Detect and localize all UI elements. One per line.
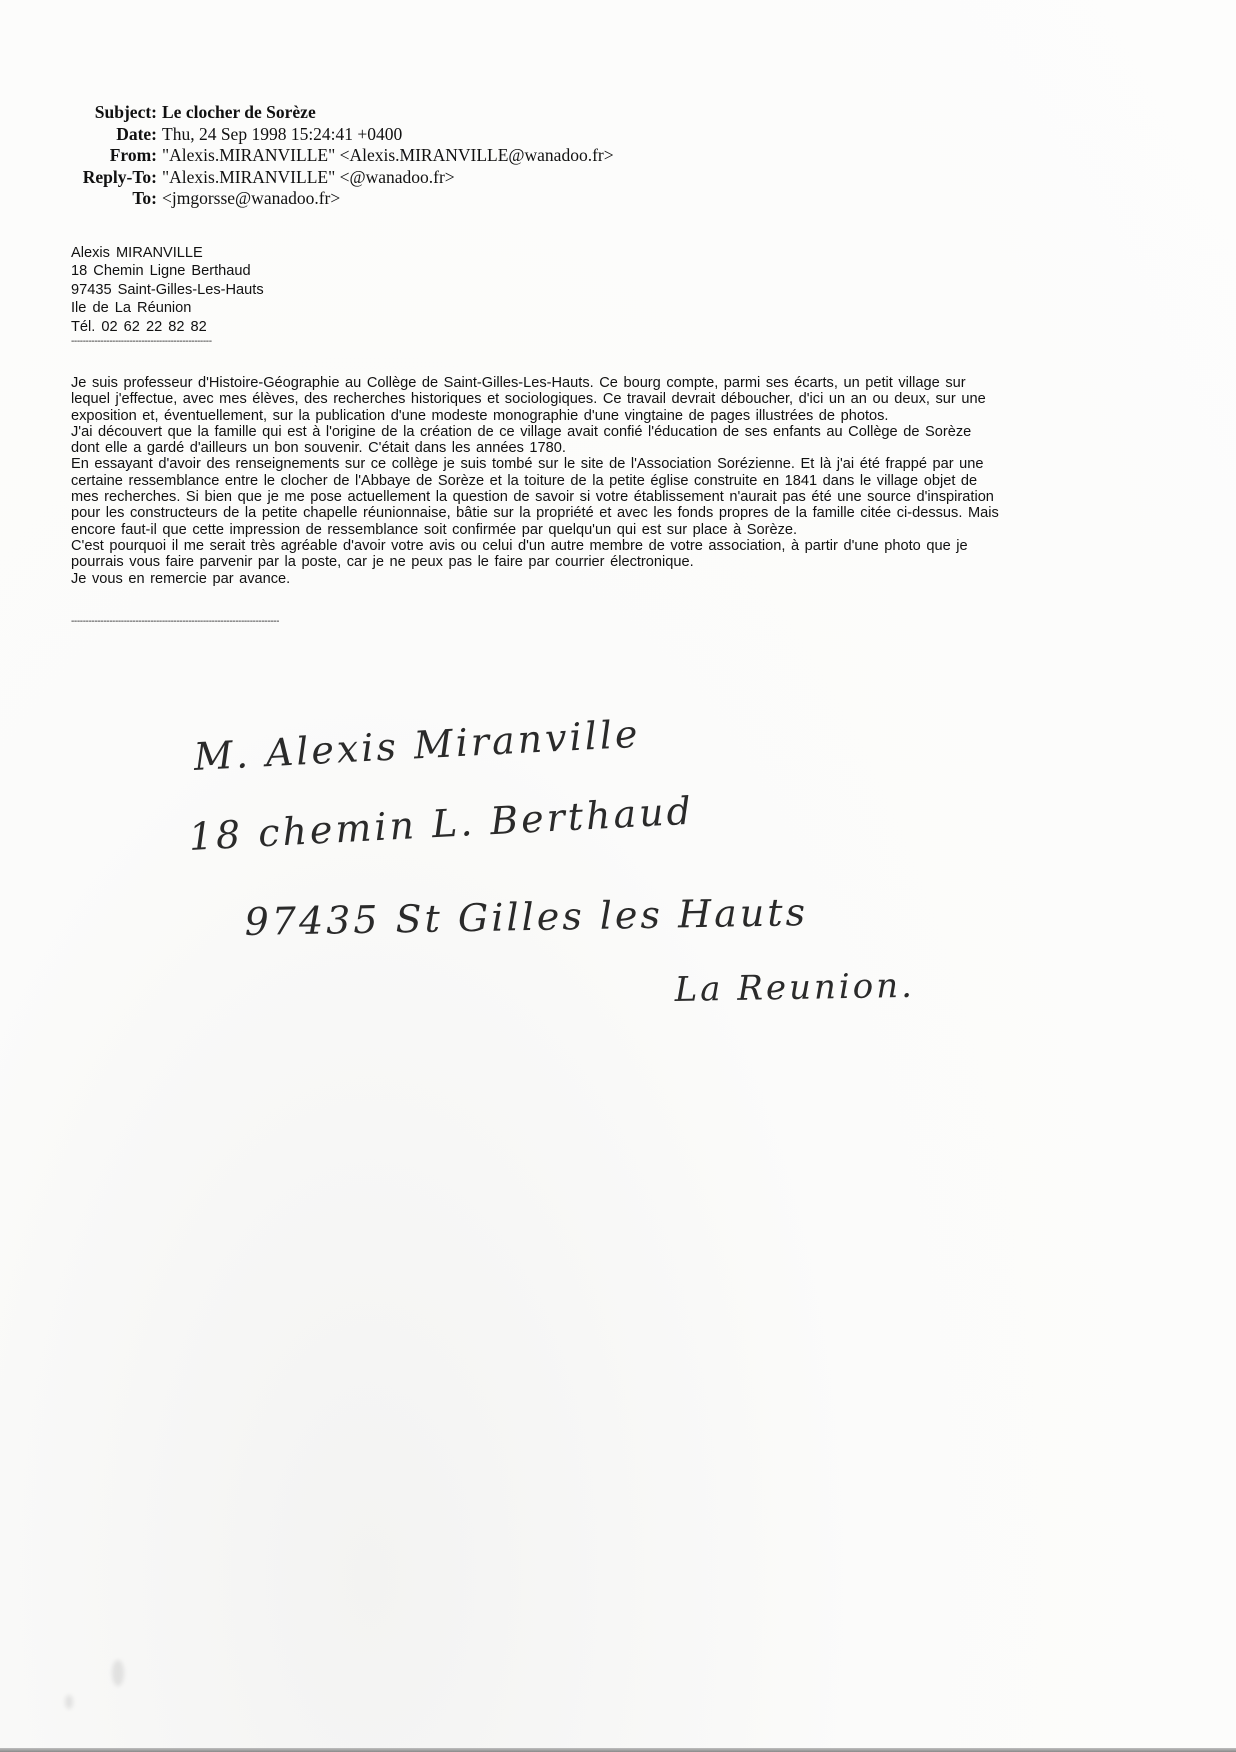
email-headers: Subject: Le clocher de Sorèze Date: Thu,… xyxy=(60,102,614,210)
header-label: Subject: xyxy=(60,102,162,124)
body-line: mes recherches. Si bien que je me pose a… xyxy=(71,489,1151,505)
body-line: C'est pourquoi il me serait très agréabl… xyxy=(71,538,1151,554)
header-to: To: <jmgorsse@wanadoo.fr> xyxy=(60,188,614,210)
body-line: Je suis professeur d'Histoire-Géographie… xyxy=(71,375,1151,391)
separator-line: ----------------------------------------… xyxy=(71,617,381,627)
body-line: pourrais vous faire parvenir par la post… xyxy=(71,554,1151,570)
body-line: certaine ressemblance entre le clocher d… xyxy=(71,473,1151,489)
body-line: pour les constructeurs de la petite chap… xyxy=(71,505,1151,521)
header-label: To: xyxy=(60,188,162,210)
sender-region: Ile de La Réunion xyxy=(71,299,264,317)
page-edge xyxy=(0,1748,1236,1752)
handwritten-line: La Reunion. xyxy=(674,966,915,1010)
body-line: dont elle a gardé d'ailleurs un bon souv… xyxy=(71,440,1151,456)
handwritten-line: 18 chemin L. Berthaud xyxy=(188,789,695,859)
sender-name: Alexis MIRANVILLE xyxy=(71,244,264,262)
scan-smudge xyxy=(65,1695,73,1709)
header-reply-to: Reply-To: "Alexis.MIRANVILLE" <@wanadoo.… xyxy=(60,167,614,189)
body-line: exposition et, éventuellement, sur la pu… xyxy=(71,408,1151,424)
header-date: Date: Thu, 24 Sep 1998 15:24:41 +0400 xyxy=(60,124,614,146)
from-value: "Alexis.MIRANVILLE" <Alexis.MIRANVILLE@w… xyxy=(162,145,614,167)
email-body: Je suis professeur d'Histoire-Géographie… xyxy=(71,375,1151,587)
handwritten-line: 97435 St Gilles les Hauts xyxy=(244,890,808,944)
subject-value: Le clocher de Sorèze xyxy=(162,102,316,124)
body-line: En essayant d'avoir des renseignements s… xyxy=(71,456,1151,472)
sender-address-block: Alexis MIRANVILLE 18 Chemin Ligne Bertha… xyxy=(71,244,264,336)
body-line: encore faut-il que cette impression de r… xyxy=(71,522,1151,538)
header-subject: Subject: Le clocher de Sorèze xyxy=(60,102,614,124)
header-label: Date: xyxy=(60,124,162,146)
header-label: Reply-To: xyxy=(60,167,162,189)
sender-street: 18 Chemin Ligne Berthaud xyxy=(71,262,264,280)
header-label: From: xyxy=(60,145,162,167)
body-line: J'ai découvert que la famille qui est à … xyxy=(71,424,1151,440)
body-line: lequel j'effectue, avec mes élèves, des … xyxy=(71,391,1151,407)
scanned-page: Subject: Le clocher de Sorèze Date: Thu,… xyxy=(0,0,1236,1752)
reply-to-value: "Alexis.MIRANVILLE" <@wanadoo.fr> xyxy=(162,167,455,189)
separator-line: ----------------------------------------… xyxy=(71,337,286,347)
sender-phone: Tél. 02 62 22 82 82 xyxy=(71,318,264,336)
to-value: <jmgorsse@wanadoo.fr> xyxy=(162,188,340,210)
handwritten-line: M. Alexis Miranville xyxy=(193,712,642,779)
date-value: Thu, 24 Sep 1998 15:24:41 +0400 xyxy=(162,124,402,146)
sender-city: 97435 Saint-Gilles-Les-Hauts xyxy=(71,281,264,299)
header-from: From: "Alexis.MIRANVILLE" <Alexis.MIRANV… xyxy=(60,145,614,167)
body-line: Je vous en remercie par avance. xyxy=(71,571,1151,587)
scan-smudge xyxy=(112,1660,124,1686)
